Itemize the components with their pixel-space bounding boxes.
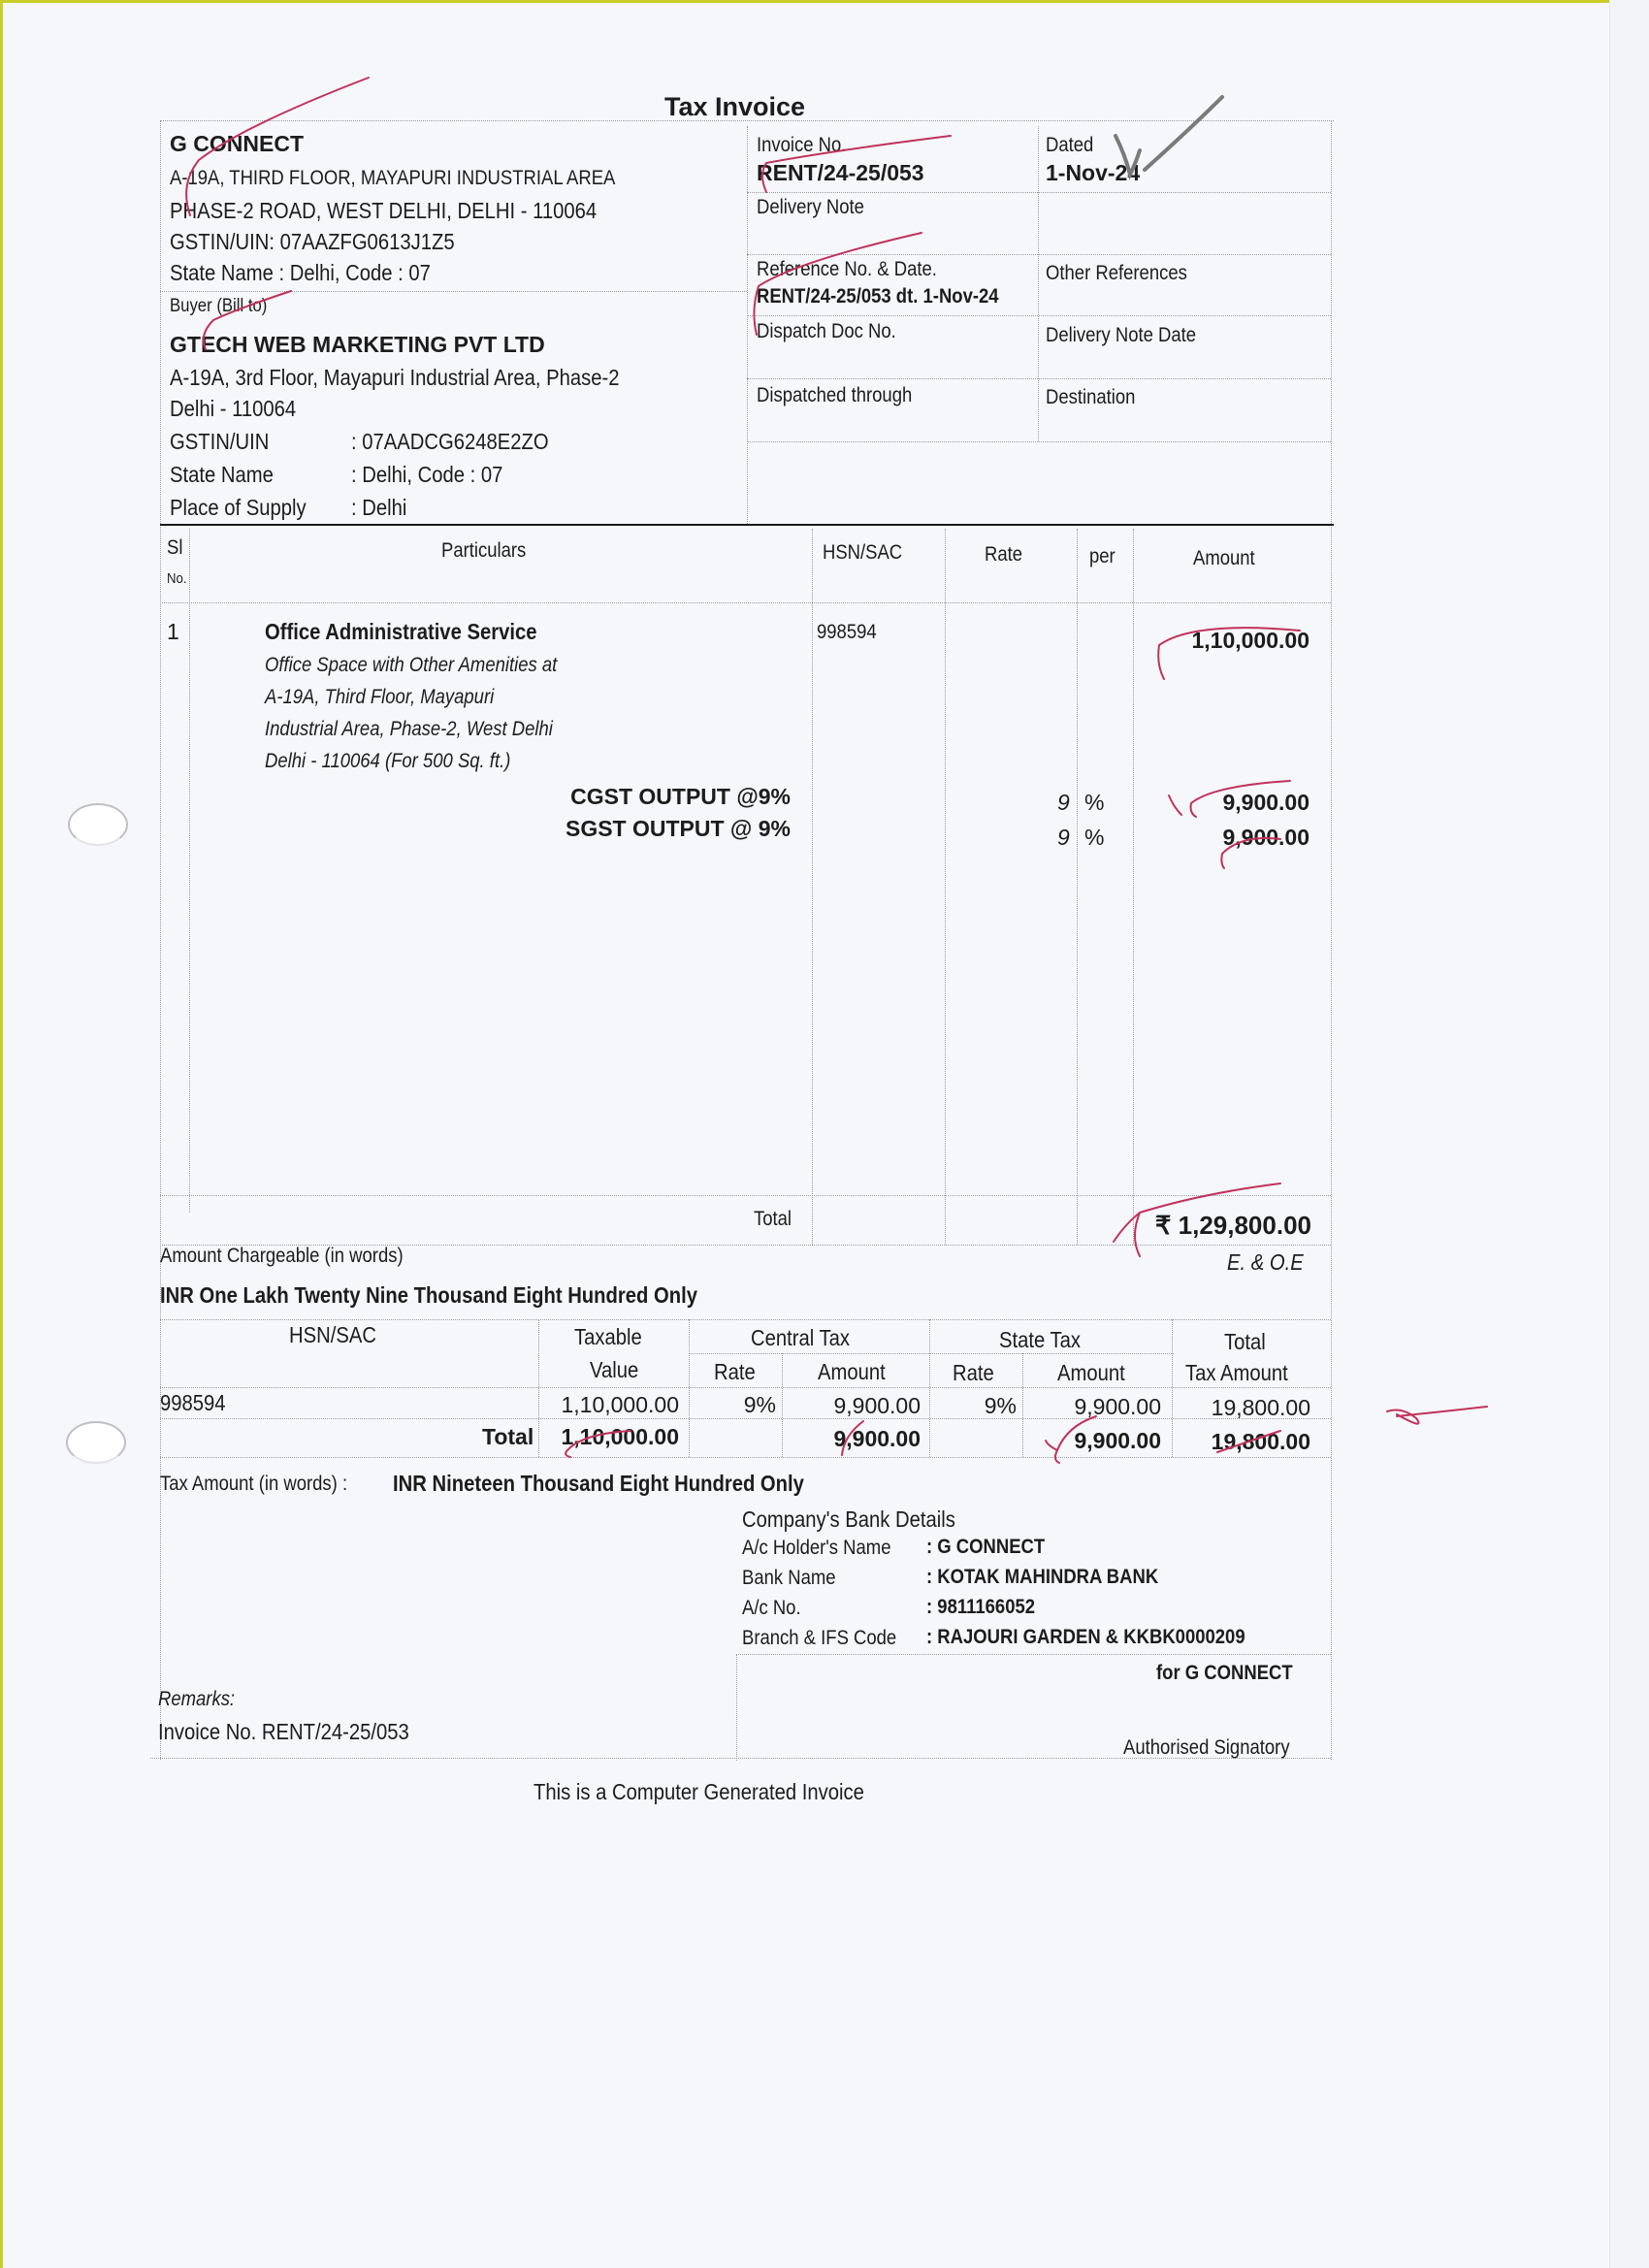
col-divider	[189, 529, 190, 1213]
divider	[747, 254, 1331, 255]
tax-label: CGST OUTPUT @9%	[466, 784, 791, 810]
col-sl-no: No.	[167, 570, 187, 587]
summary-s-amount: 9,900.00	[1022, 1394, 1161, 1420]
punch-hole-bottom	[66, 1421, 126, 1464]
bank-title: Company's Bank Details	[742, 1507, 955, 1533]
seller-name: G CONNECT	[170, 131, 304, 157]
bank-name-value: : KOTAK MAHINDRA BANK	[926, 1566, 1158, 1589]
bank-account-value: : 9811166052	[926, 1596, 1035, 1619]
summary-c-rate: 9%	[689, 1392, 776, 1418]
other-references-label: Other References	[1046, 262, 1187, 285]
summary-total-c-amount: 9,900.00	[782, 1426, 921, 1452]
buyer-place-value: : Delhi	[351, 495, 406, 521]
invoice-no-label: Invoice No.	[757, 134, 846, 157]
reference-value: RENT/24-25/053 dt. 1-Nov-24	[757, 285, 999, 308]
col-rate: Rate	[985, 543, 1022, 567]
col-divider	[1133, 529, 1134, 1245]
seller-state: State Name : Delhi, Code : 07	[170, 260, 431, 286]
dated-value: 1-Nov-24	[1046, 160, 1140, 186]
divider	[160, 291, 747, 292]
summary-total-tax: 19,800.00	[1172, 1395, 1310, 1421]
buyer-place-label: Place of Supply	[170, 495, 307, 521]
col-divider	[812, 529, 813, 1245]
invoice-no-value: RENT/24-25/053	[757, 160, 924, 186]
items-total-label: Total	[754, 1208, 792, 1231]
divider	[747, 192, 1331, 193]
authorised-signatory: Authorised Signatory	[1123, 1736, 1290, 1760]
frame-right	[1331, 120, 1332, 1760]
divider	[747, 315, 1331, 316]
bank-label: A/c No.	[742, 1597, 801, 1620]
buyer-gstin-value: : 07AADCG6248E2ZO	[351, 429, 549, 455]
seller-address-line1: A-19A, THIRD FLOOR, MAYAPURI INDUSTRIAL …	[170, 167, 615, 190]
divider	[747, 378, 1331, 379]
summary-taxable: 1,10,000.00	[538, 1392, 679, 1418]
buyer-gstin-label: GSTIN/UIN	[170, 429, 269, 455]
summary-col-c-amount: Amount	[818, 1359, 886, 1385]
item-amount: 1,10,000.00	[1145, 628, 1309, 654]
punch-hole-top	[68, 803, 128, 846]
reference-label: Reference No. & Date.	[757, 258, 937, 281]
summary-col-taxable: Taxable	[574, 1324, 642, 1350]
divider	[160, 120, 1334, 121]
tax-amount: 9,900.00	[1145, 825, 1309, 851]
summary-total-total-tax: 19,800.00	[1172, 1429, 1310, 1455]
summary-hsn: 998594	[160, 1390, 226, 1416]
tax-amount: 9,900.00	[1145, 790, 1309, 816]
bank-label: Branch & IFS Code	[742, 1627, 896, 1650]
remarks-value: Invoice No. RENT/24-25/053	[158, 1719, 409, 1745]
tax-words-value: INR Nineteen Thousand Eight Hundred Only	[393, 1471, 804, 1497]
col-sl: Sl	[167, 536, 182, 560]
computer-generated-note: This is a Computer Generated Invoice	[533, 1779, 864, 1805]
summary-col-s-rate: Rate	[953, 1360, 994, 1386]
divider	[689, 1353, 1174, 1354]
tax-per: %	[1084, 790, 1104, 816]
destination-label: Destination	[1046, 386, 1135, 409]
buyer-address-line2: Delhi - 110064	[170, 396, 296, 422]
summary-col-c-rate: Rate	[714, 1359, 756, 1385]
bank-branch-ifsc-value: : RAJOURI GARDEN & KKBK0000209	[926, 1626, 1245, 1649]
amount-words-label: Amount Chargeable (in words)	[160, 1245, 404, 1268]
page-title: Tax Invoice	[664, 92, 805, 122]
col-amount: Amount	[1193, 547, 1255, 570]
summary-s-rate: 9%	[929, 1393, 1017, 1419]
item-hsn: 998594	[817, 621, 877, 644]
scan-edge-left	[0, 0, 3, 2268]
remarks-label: Remarks:	[158, 1688, 235, 1711]
buyer-address-line1: A-19A, 3rd Floor, Mayapuri Industrial Ar…	[170, 365, 620, 391]
divider	[736, 1654, 1331, 1655]
bank-label: Bank Name	[742, 1567, 836, 1590]
amount-words-value: INR One Lakh Twenty Nine Thousand Eight …	[160, 1282, 697, 1309]
divider	[160, 1457, 1331, 1458]
delivery-note-date-label: Delivery Note Date	[1046, 324, 1196, 347]
divider	[736, 1654, 737, 1761]
summary-col-s-amount: Amount	[1057, 1360, 1125, 1386]
divider	[747, 126, 748, 524]
eoe-label: E. & O.E	[1227, 1249, 1304, 1276]
item-sl: 1	[167, 619, 179, 645]
summary-col-total: Total	[1224, 1329, 1266, 1355]
buyer-section-label: Buyer (Bill to)	[170, 296, 267, 317]
divider	[160, 1387, 1331, 1388]
tax-words-label: Tax Amount (in words) :	[160, 1473, 347, 1496]
summary-col-total-tax: Tax Amount	[1185, 1360, 1288, 1386]
header-bottom-rule	[160, 524, 1334, 526]
summary-c-amount: 9,900.00	[782, 1393, 921, 1419]
tax-rate: 9	[1057, 790, 1070, 816]
scan-edge-top	[0, 0, 1649, 3]
tax-label: SGST OUTPUT @ 9%	[466, 816, 791, 842]
for-company: for G CONNECT	[1156, 1662, 1293, 1685]
col-divider	[929, 1319, 930, 1457]
summary-total-taxable: 1,10,000.00	[538, 1424, 679, 1450]
buyer-state-label: State Name	[170, 462, 274, 488]
buyer-name: GTECH WEB MARKETING PVT LTD	[170, 332, 545, 358]
tax-rate: 9	[1057, 825, 1070, 851]
divider	[747, 441, 1331, 442]
item-description-line: Office Space with Other Amenities at	[265, 654, 557, 677]
divider	[160, 1319, 1331, 1320]
summary-col-central: Central Tax	[751, 1325, 850, 1351]
col-hsn: HSN/SAC	[823, 541, 902, 565]
bank-holder-value: : G CONNECT	[926, 1536, 1045, 1559]
tax-per: %	[1084, 825, 1104, 851]
frame-left	[160, 120, 161, 1760]
header-rule	[160, 602, 1331, 603]
item-description-line: Industrial Area, Phase-2, West Delhi	[265, 718, 553, 741]
divider	[1038, 126, 1039, 441]
dated-label: Dated	[1046, 134, 1093, 157]
summary-total-label: Total	[482, 1424, 533, 1450]
col-divider	[1077, 529, 1078, 1245]
seller-address-line2: PHASE-2 ROAD, WEST DELHI, DELHI - 110064	[170, 198, 597, 224]
summary-col-state: State Tax	[999, 1327, 1081, 1353]
dispatched-through-label: Dispatched through	[757, 384, 912, 407]
item-description-line: A-19A, Third Floor, Mayapuri	[265, 686, 494, 709]
item-title: Office Administrative Service	[265, 619, 536, 645]
summary-col-hsn: HSN/SAC	[289, 1322, 376, 1348]
col-divider	[945, 529, 946, 1245]
total-rule-top	[160, 1195, 1331, 1196]
dispatch-doc-label: Dispatch Doc No.	[757, 320, 896, 343]
col-particulars: Particulars	[441, 539, 526, 563]
buyer-state-value: : Delhi, Code : 07	[351, 462, 502, 488]
item-description-line: Delhi - 110064 (For 500 Sq. ft.)	[265, 750, 510, 773]
seller-gstin: GSTIN/UIN: 07AAZFG0613J1Z5	[170, 229, 455, 255]
summary-col-taxable-value: Value	[590, 1357, 638, 1383]
col-per: per	[1089, 545, 1115, 568]
summary-total-s-amount: 9,900.00	[1022, 1428, 1161, 1454]
col-divider	[689, 1319, 690, 1457]
bank-label: A/c Holder's Name	[742, 1537, 890, 1560]
scan-edge-right	[1609, 0, 1649, 2268]
items-total-amount: ₹ 1,29,800.00	[1125, 1211, 1311, 1241]
delivery-note-label: Delivery Note	[757, 196, 864, 219]
